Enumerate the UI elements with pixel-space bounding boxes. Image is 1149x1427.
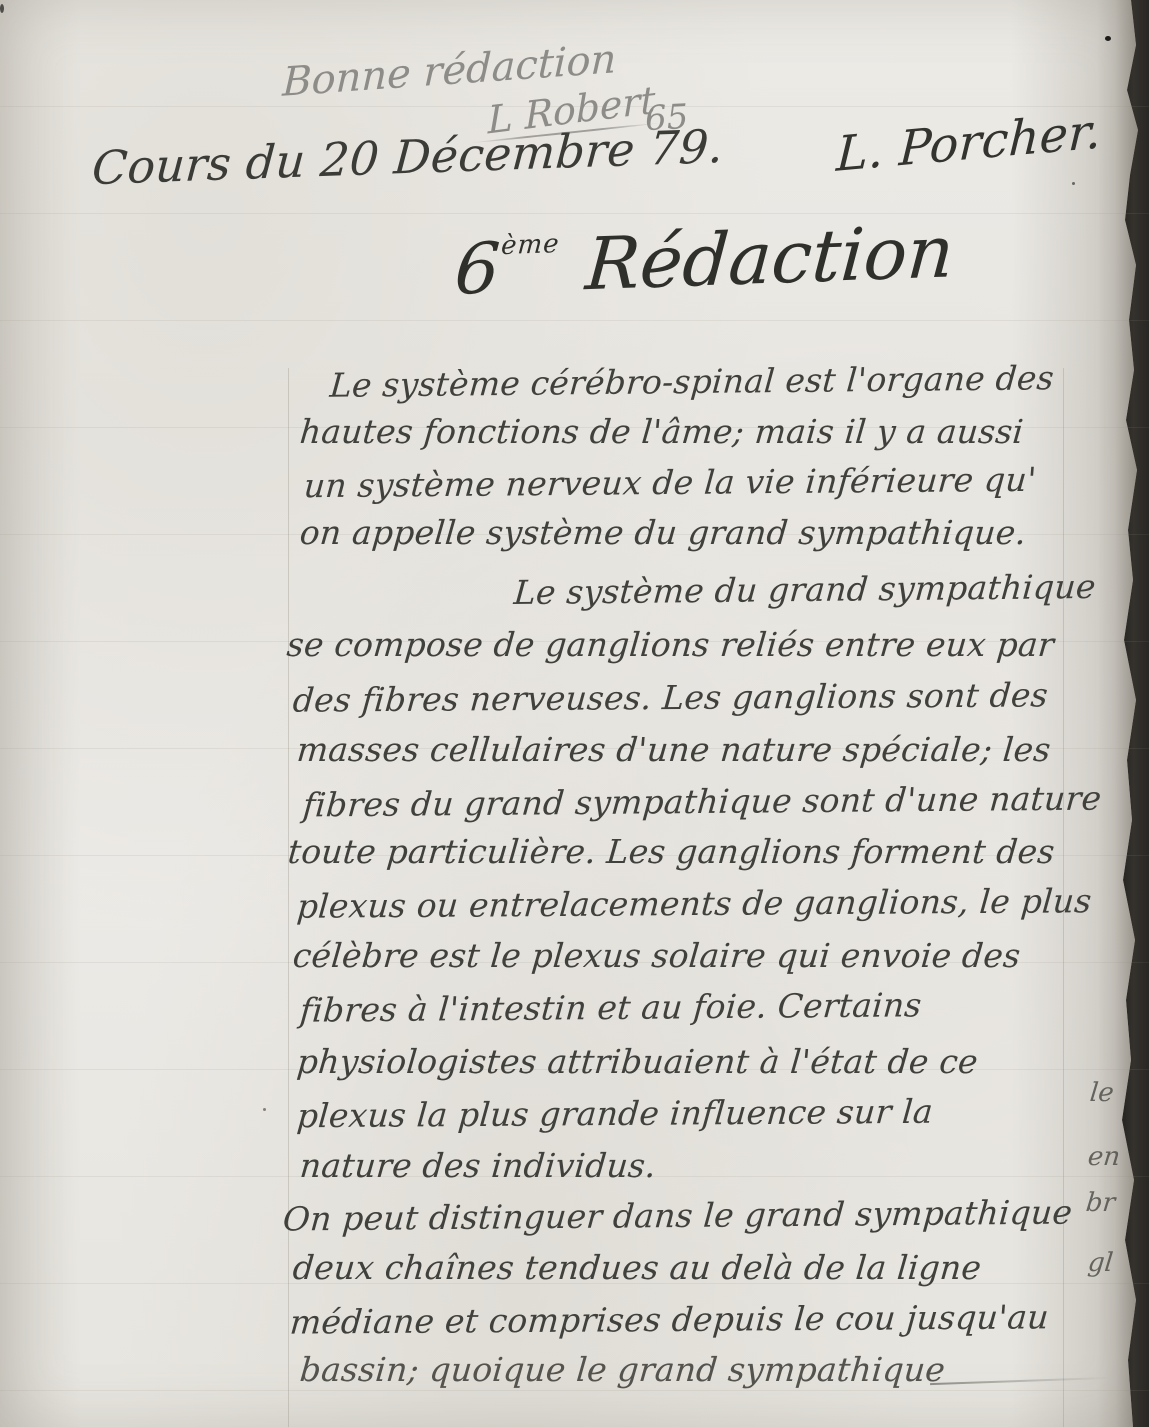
essay-line: physiologistes attribuaient à l'état de … [295, 1042, 979, 1081]
ink-speck [0, 4, 4, 13]
essay-line: médiane et comprises depuis le cou jusqu… [288, 1297, 1050, 1341]
essay-line: plexus ou entrelacements de ganglions, l… [295, 881, 1093, 926]
left-margin-line [288, 368, 289, 1427]
essay-line: plexus la plus grande influence sur la [295, 1092, 934, 1135]
torn-edge-fragment: br [1084, 1188, 1116, 1218]
ink-speck [1072, 182, 1075, 185]
essay-line: Le système cérébro-spinal est l'organe d… [329, 358, 1056, 405]
essay-line: On peut distinguer dans le grand sympath… [281, 1193, 1073, 1239]
essay-line: bassin; quoique le grand sympathique [298, 1350, 947, 1389]
essay-title: 6èmeRédaction [452, 209, 956, 311]
essay-number: 6 [452, 227, 502, 311]
essay-line: fibres du grand sympathique sont d'une n… [301, 779, 1102, 825]
essay-line: hautes fonctions de l'âme; mais il y a a… [298, 412, 1025, 451]
essay-line: un système nerveux de la vie inférieure … [302, 460, 1037, 505]
ink-speck [263, 1108, 266, 1111]
essay-line: célèbre est le plexus solaire qui envoie… [291, 936, 1022, 975]
torn-edge-fragment: le [1088, 1078, 1115, 1108]
essay-line: nature des individus. [298, 1146, 657, 1185]
essay-line: masses cellulaires d'une nature spéciale… [295, 730, 1052, 769]
essay-line: des fibres nerveuses. Les ganglions sont… [291, 675, 1049, 719]
essay-title-word: Rédaction [583, 209, 957, 306]
essay-line: toute particulière. Les ganglions formen… [286, 832, 1056, 871]
essay-line: fibres à l'intestin et au foie. Certains [298, 985, 923, 1029]
essay-ordinal-suffix: ème [500, 229, 561, 261]
ink-speck [1105, 36, 1111, 41]
essay-line: on appelle système du grand sympathique. [298, 513, 1028, 552]
essay-line: se compose de ganglions reliés entre eux… [285, 625, 1055, 664]
torn-edge-fragment: gl [1086, 1248, 1114, 1278]
essay-line: deux chaînes tendues au delà de la ligne [291, 1248, 983, 1287]
torn-edge-fragment: en [1086, 1142, 1121, 1172]
essay-line: Le système du grand sympathique [513, 567, 1098, 612]
